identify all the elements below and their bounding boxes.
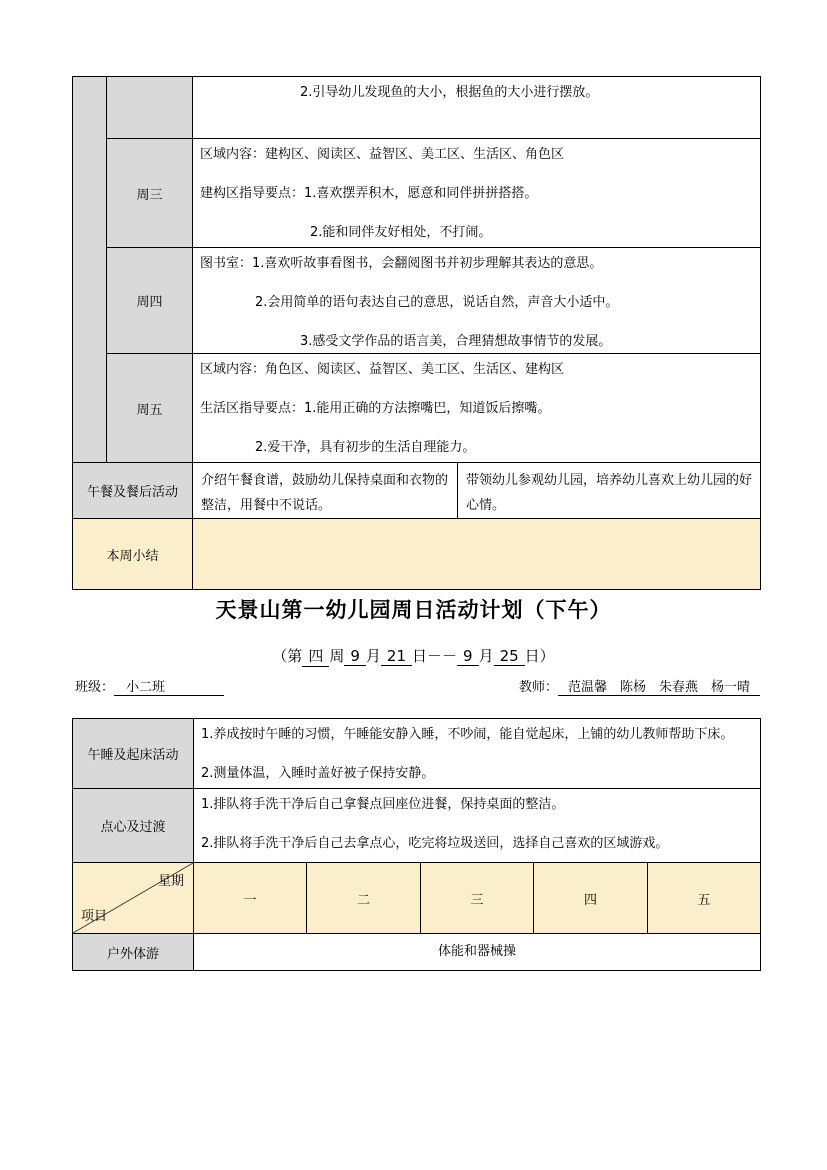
content-line: 2.爱干净，具有初步的生活自理能力。	[255, 440, 754, 457]
start-day-blank: 21	[381, 647, 412, 666]
day-header-wed: 三	[421, 863, 534, 934]
end-month-blank: 9	[457, 647, 479, 666]
day-header-mon: 一	[194, 863, 307, 934]
content-line: 建构区指导要点：1.喜欢摆弄积木，愿意和同伴拼拼搭搭。	[200, 186, 754, 203]
class-value: 小二班	[114, 676, 224, 696]
day-header-thu: 四	[534, 863, 648, 934]
day-content-friday: 区域内容：角色区、阅读区、益智区、美工区、生活区、建构区 生活区指导要点：1.能…	[193, 354, 761, 463]
teacher-names: 范温馨 陈杨 朱春燕 杨一晴	[558, 676, 760, 696]
day-label-thursday: 周四	[107, 248, 193, 354]
content-line: 1.排队将手洗干净后自己拿餐点回座位进餐，保持桌面的整洁。	[201, 797, 754, 814]
day-label-wednesday: 周三	[107, 139, 193, 248]
weekly-plan-table-top: 2.引导幼儿发现鱼的大小，根据鱼的大小进行摆放。 周三 区域内容：建构区、阅读区…	[72, 76, 761, 590]
subtitle-yue1: 月	[366, 647, 381, 665]
diagonal-header-cell: 星期 项目	[73, 863, 194, 934]
day-label-empty	[107, 77, 193, 139]
class-field: 班级：小二班	[75, 676, 224, 696]
subtitle-prefix: （第	[272, 647, 302, 665]
content-line: 2.测量体温，入睡时盖好被子保持安静。	[201, 766, 754, 783]
teacher-label: 教师：	[519, 680, 558, 695]
snack-row-label: 点心及过渡	[73, 789, 194, 863]
teacher-field: 教师：范温馨 陈杨 朱春燕 杨一晴	[519, 676, 760, 696]
content-line: 2.引导幼儿发现鱼的大小，根据鱼的大小进行摆放。	[300, 85, 754, 102]
day-content-wednesday: 区域内容：建构区、阅读区、益智区、美工区、生活区、角色区 建构区指导要点：1.喜…	[193, 139, 761, 248]
week-number-blank: 四	[302, 645, 329, 667]
day-content-thursday: 图书室：1.喜欢听故事看图书，会翻阅图书并初步理解其表达的意思。 2.会用简单的…	[193, 248, 761, 354]
content-line: 2.会用简单的语句表达自己的意思，说话自然，声音大小适中。	[255, 295, 754, 312]
day-header-fri: 五	[648, 863, 761, 934]
subtitle-zhou: 周	[329, 647, 344, 665]
day-content-continued: 2.引导幼儿发现鱼的大小，根据鱼的大小进行摆放。	[193, 77, 761, 139]
content-line: 区域内容：建构区、阅读区、益智区、美工区、生活区、角色区	[200, 147, 754, 164]
day-label-friday: 周五	[107, 354, 193, 463]
end-day-blank: 25	[494, 647, 525, 666]
content-line: 2.能和同伴友好相处，不打闹。	[310, 225, 754, 242]
content-line: 2.排队将手洗干净后自己去拿点心，吃完将垃圾送回，选择自己喜欢的区域游戏。	[201, 836, 754, 853]
snack-row-content: 1.排队将手洗干净后自己拿餐点回座位进餐，保持桌面的整洁。 2.排队将手洗干净后…	[194, 789, 761, 863]
date-range-line: （第四周9月21日－－9月25日）	[0, 645, 827, 667]
outdoor-row-label: 户外体游	[73, 934, 194, 971]
subtitle-mid: 日－－	[412, 647, 457, 665]
document-title: 天景山第一幼儿园周日活动计划（下午）	[0, 594, 827, 624]
content-line: 区域内容：角色区、阅读区、益智区、美工区、生活区、建构区	[200, 362, 754, 379]
outdoor-row-content: 体能和器械操	[194, 934, 761, 971]
corner-label-weekday: 星期	[158, 870, 184, 889]
afternoon-plan-table: 午睡及起床活动 1.养成按时午睡的习惯，午睡能安静入睡，不吵闹，能自觉起床，上铺…	[72, 718, 761, 971]
weekly-summary-label: 本周小结	[73, 519, 193, 590]
start-month-blank: 9	[344, 647, 366, 666]
merged-side-column	[73, 77, 107, 463]
content-line: 生活区指导要点：1.能用正确的方法擦嘴巴，知道饭后擦嘴。	[200, 401, 754, 418]
nap-row-content: 1.养成按时午睡的习惯，午睡能安静入睡，不吵闹，能自觉起床，上铺的幼儿教师帮助下…	[194, 719, 761, 789]
subtitle-yue2: 月	[479, 647, 494, 665]
content-line: 图书室：1.喜欢听故事看图书，会翻阅图书并初步理解其表达的意思。	[200, 256, 754, 273]
lunch-content-right: 带领幼儿参观幼儿园，培养幼儿喜欢上幼儿园的好心情。	[458, 463, 761, 519]
weekly-summary-content	[193, 519, 761, 590]
day-header-tue: 二	[307, 863, 421, 934]
lunch-row-label: 午餐及餐后活动	[73, 463, 193, 519]
subtitle-suffix: 日）	[525, 647, 555, 665]
nap-row-label: 午睡及起床活动	[73, 719, 194, 789]
lunch-content-left: 介绍午餐食谱，鼓励幼儿保持桌面和衣物的整洁，用餐中不说话。	[193, 463, 458, 519]
corner-label-item: 项目	[81, 905, 107, 924]
content-line: 1.养成按时午睡的习惯，午睡能安静入睡，不吵闹，能自觉起床，上铺的幼儿教师帮助下…	[201, 727, 754, 744]
document-page: 2.引导幼儿发现鱼的大小，根据鱼的大小进行摆放。 周三 区域内容：建构区、阅读区…	[0, 0, 827, 1170]
content-line: 3.感受文学作品的语言美，合理猜想故事情节的发展。	[300, 334, 754, 351]
class-label: 班级：	[75, 680, 114, 695]
